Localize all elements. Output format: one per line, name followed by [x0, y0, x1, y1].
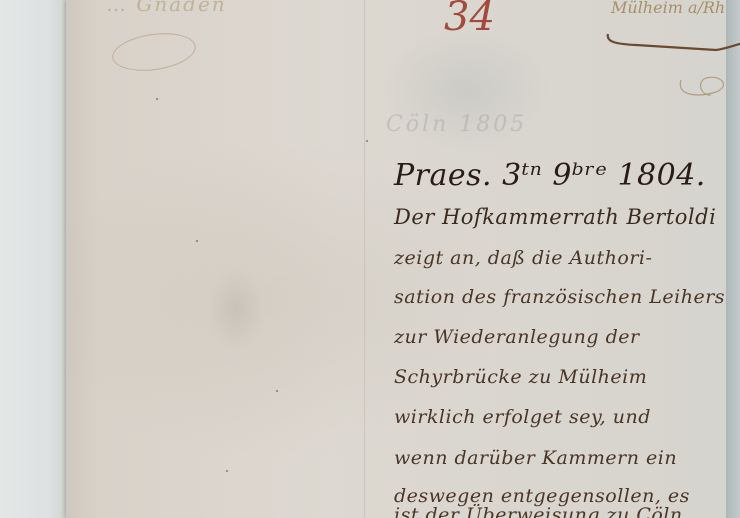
- faint-oval-flourish: [110, 28, 198, 75]
- text-line-9: ist der Überweisung zu Cöln: [394, 504, 683, 518]
- text-line-7: wenn darüber Kammern ein: [394, 447, 677, 469]
- faint-top-left-text: … Gnaden: [106, 0, 227, 16]
- white-margin-strip: [0, 0, 70, 518]
- text-line-2: zeigt an, daß die Authori-: [394, 247, 652, 269]
- text-line-1: Der Hofkammerrath Bertoldi: [394, 205, 716, 229]
- text-line-5: Schyrbrücke zu Mülheim: [394, 366, 647, 388]
- date-line: Praes. 3ᵗⁿ 9ᵇʳᵉ 1804.: [394, 158, 706, 193]
- paper-speck: [226, 470, 228, 472]
- document-page: … Gnaden Cöln 1805 34 Mülheim a/Rh Praes…: [66, 0, 726, 518]
- folio-number: 34: [444, 0, 495, 40]
- fold-line: [364, 0, 366, 518]
- bleed-through-text: Cöln 1805: [386, 112, 527, 137]
- ink-flourish: [606, 28, 740, 56]
- paper-speck: [196, 240, 198, 242]
- paper-speck: [156, 98, 158, 100]
- text-line-4: zur Wiederanlegung der: [394, 326, 640, 348]
- text-line-3: sation des französischen Leihers: [394, 286, 725, 308]
- top-right-note: Mülheim a/Rh: [611, 0, 725, 17]
- paper-speck: [366, 140, 368, 142]
- paper-speck: [276, 390, 278, 392]
- text-line-6: wirklich erfolget sey, und: [394, 406, 651, 428]
- faint-ink-loop: [676, 70, 736, 100]
